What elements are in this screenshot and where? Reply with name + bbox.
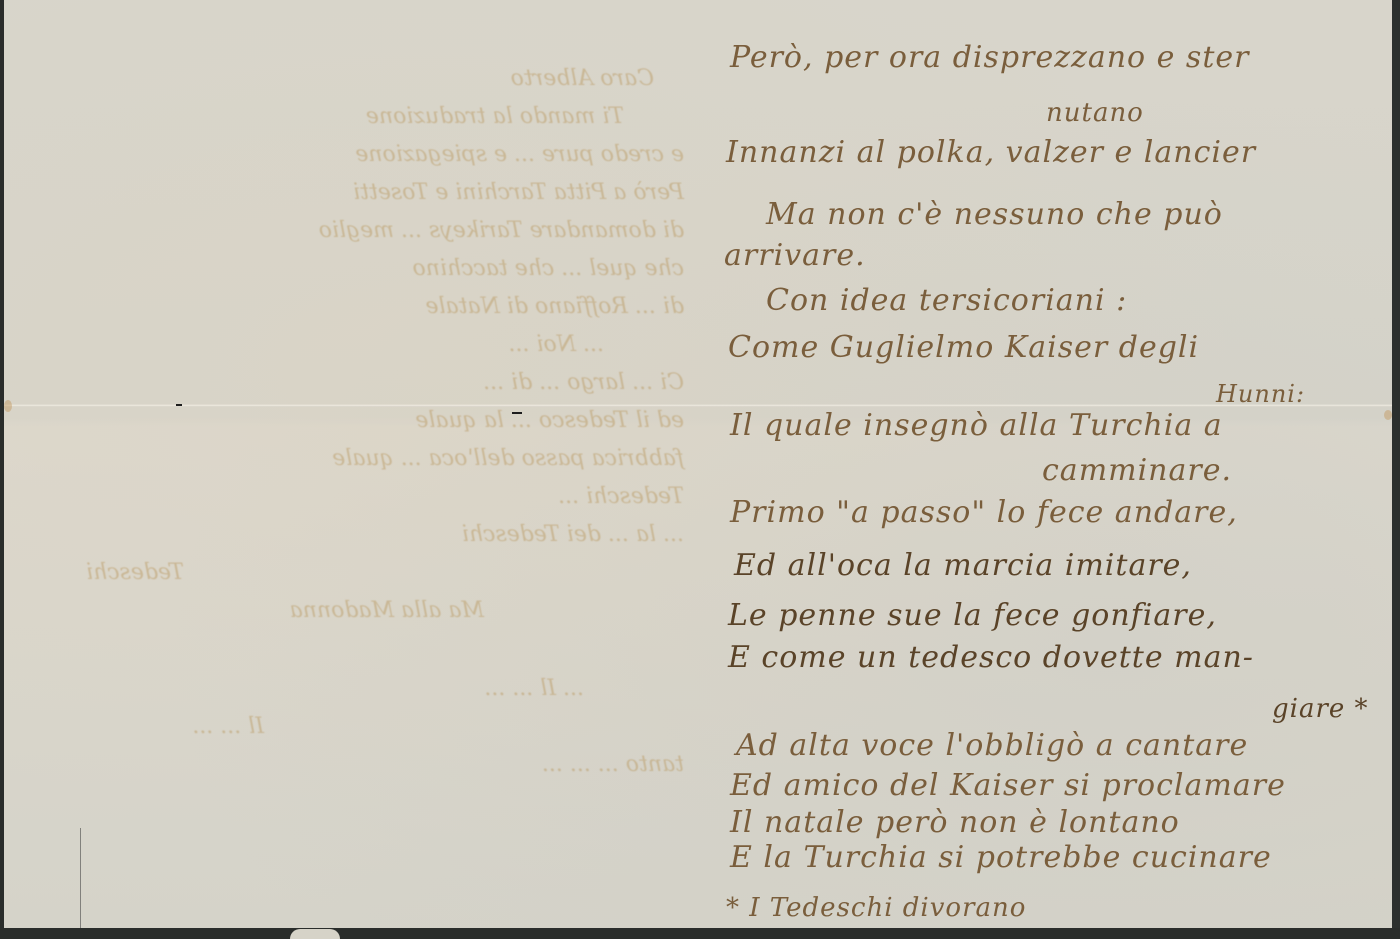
bleed-line: tanto ... ... ... [24,746,684,784]
verse-line: giare * [1272,694,1369,724]
bleed-line: ... Noi ... [24,326,684,364]
verse-line: Come Guglielmo Kaiser degli [728,330,1199,365]
verse-line: Le penne sue la fece gonfiare, [728,598,1217,633]
bleed-line: Ti mando la traduzione [24,98,684,136]
verse-line: Con idea tersicoriani : [766,283,1127,318]
bleed-line: e credo pure ... e spiegazione [24,136,684,174]
verse-line: arrivare. [724,238,866,273]
bleed-line: di ... Roffiano di Natale [24,288,684,326]
verse-line: E come un tedesco dovette man- [728,640,1254,675]
verse-line: Il natale però non è lontano [730,805,1180,840]
bleed-line: Tedeschi [24,554,684,592]
verse-line: nutano [1046,98,1144,128]
bleed-line: fabbrica passo dell'oca ... quale [24,440,684,478]
bleed-line: Ma alla Madonna [24,592,684,630]
bleed-line: Caro Alberto [24,60,684,98]
verse-line: Il quale insegnò alla Turchia a [730,408,1223,443]
bleed-line: Il ... ... [24,708,684,746]
verse-line: camminare. [1042,453,1232,488]
manuscript-sheet: Caro Alberto Ti mando la traduzione e cr… [4,0,1392,928]
scan-border-bottom [0,928,1400,939]
bleed-line: Però a Pitta Tarchini e Tosetti [24,174,684,212]
bleed-line: ... Il ... ... [24,670,684,708]
bleed-through-text: Caro Alberto Ti mando la traduzione e cr… [24,60,684,784]
stain-spot [4,400,12,412]
verse-line: * I Tedeschi divorano [726,893,1026,923]
scan-border-right [1392,0,1400,939]
paper-edge-tab [290,929,340,939]
verse-line: Ad alta voce l'obbligò a cantare [736,728,1248,763]
verse-line: Ma non c'è nessuno che può [766,197,1223,232]
verse-line: Ed amico del Kaiser si proclamare [730,768,1286,803]
verse-line: Innanzi al polka, valzer e lancier [726,135,1256,170]
bleed-line: ... la ... dei Tedeschi [24,516,684,554]
bleed-line: di domandare Tarikeys ... meglio [24,212,684,250]
verse-line: Hunni: [1216,380,1305,408]
bleed-line: ed il Tedesco ... la quale [24,402,684,440]
verse-line: Però, per ora disprezzano e ster [730,40,1249,75]
bleed-line: che quel ... che tacchino [24,250,684,288]
verse-line: Primo "a passo" lo fece andare, [730,495,1238,530]
verse-line: E la Turchia si potrebbe cucinare [730,840,1272,875]
stain-spot [1384,410,1392,420]
bleed-line: Tedeschi ... [24,478,684,516]
paper-tear [80,828,81,928]
verse-line: Ed all'oca la marcia imitare, [734,548,1192,583]
bleed-line: Ci ... largo ... di ... [24,364,684,402]
